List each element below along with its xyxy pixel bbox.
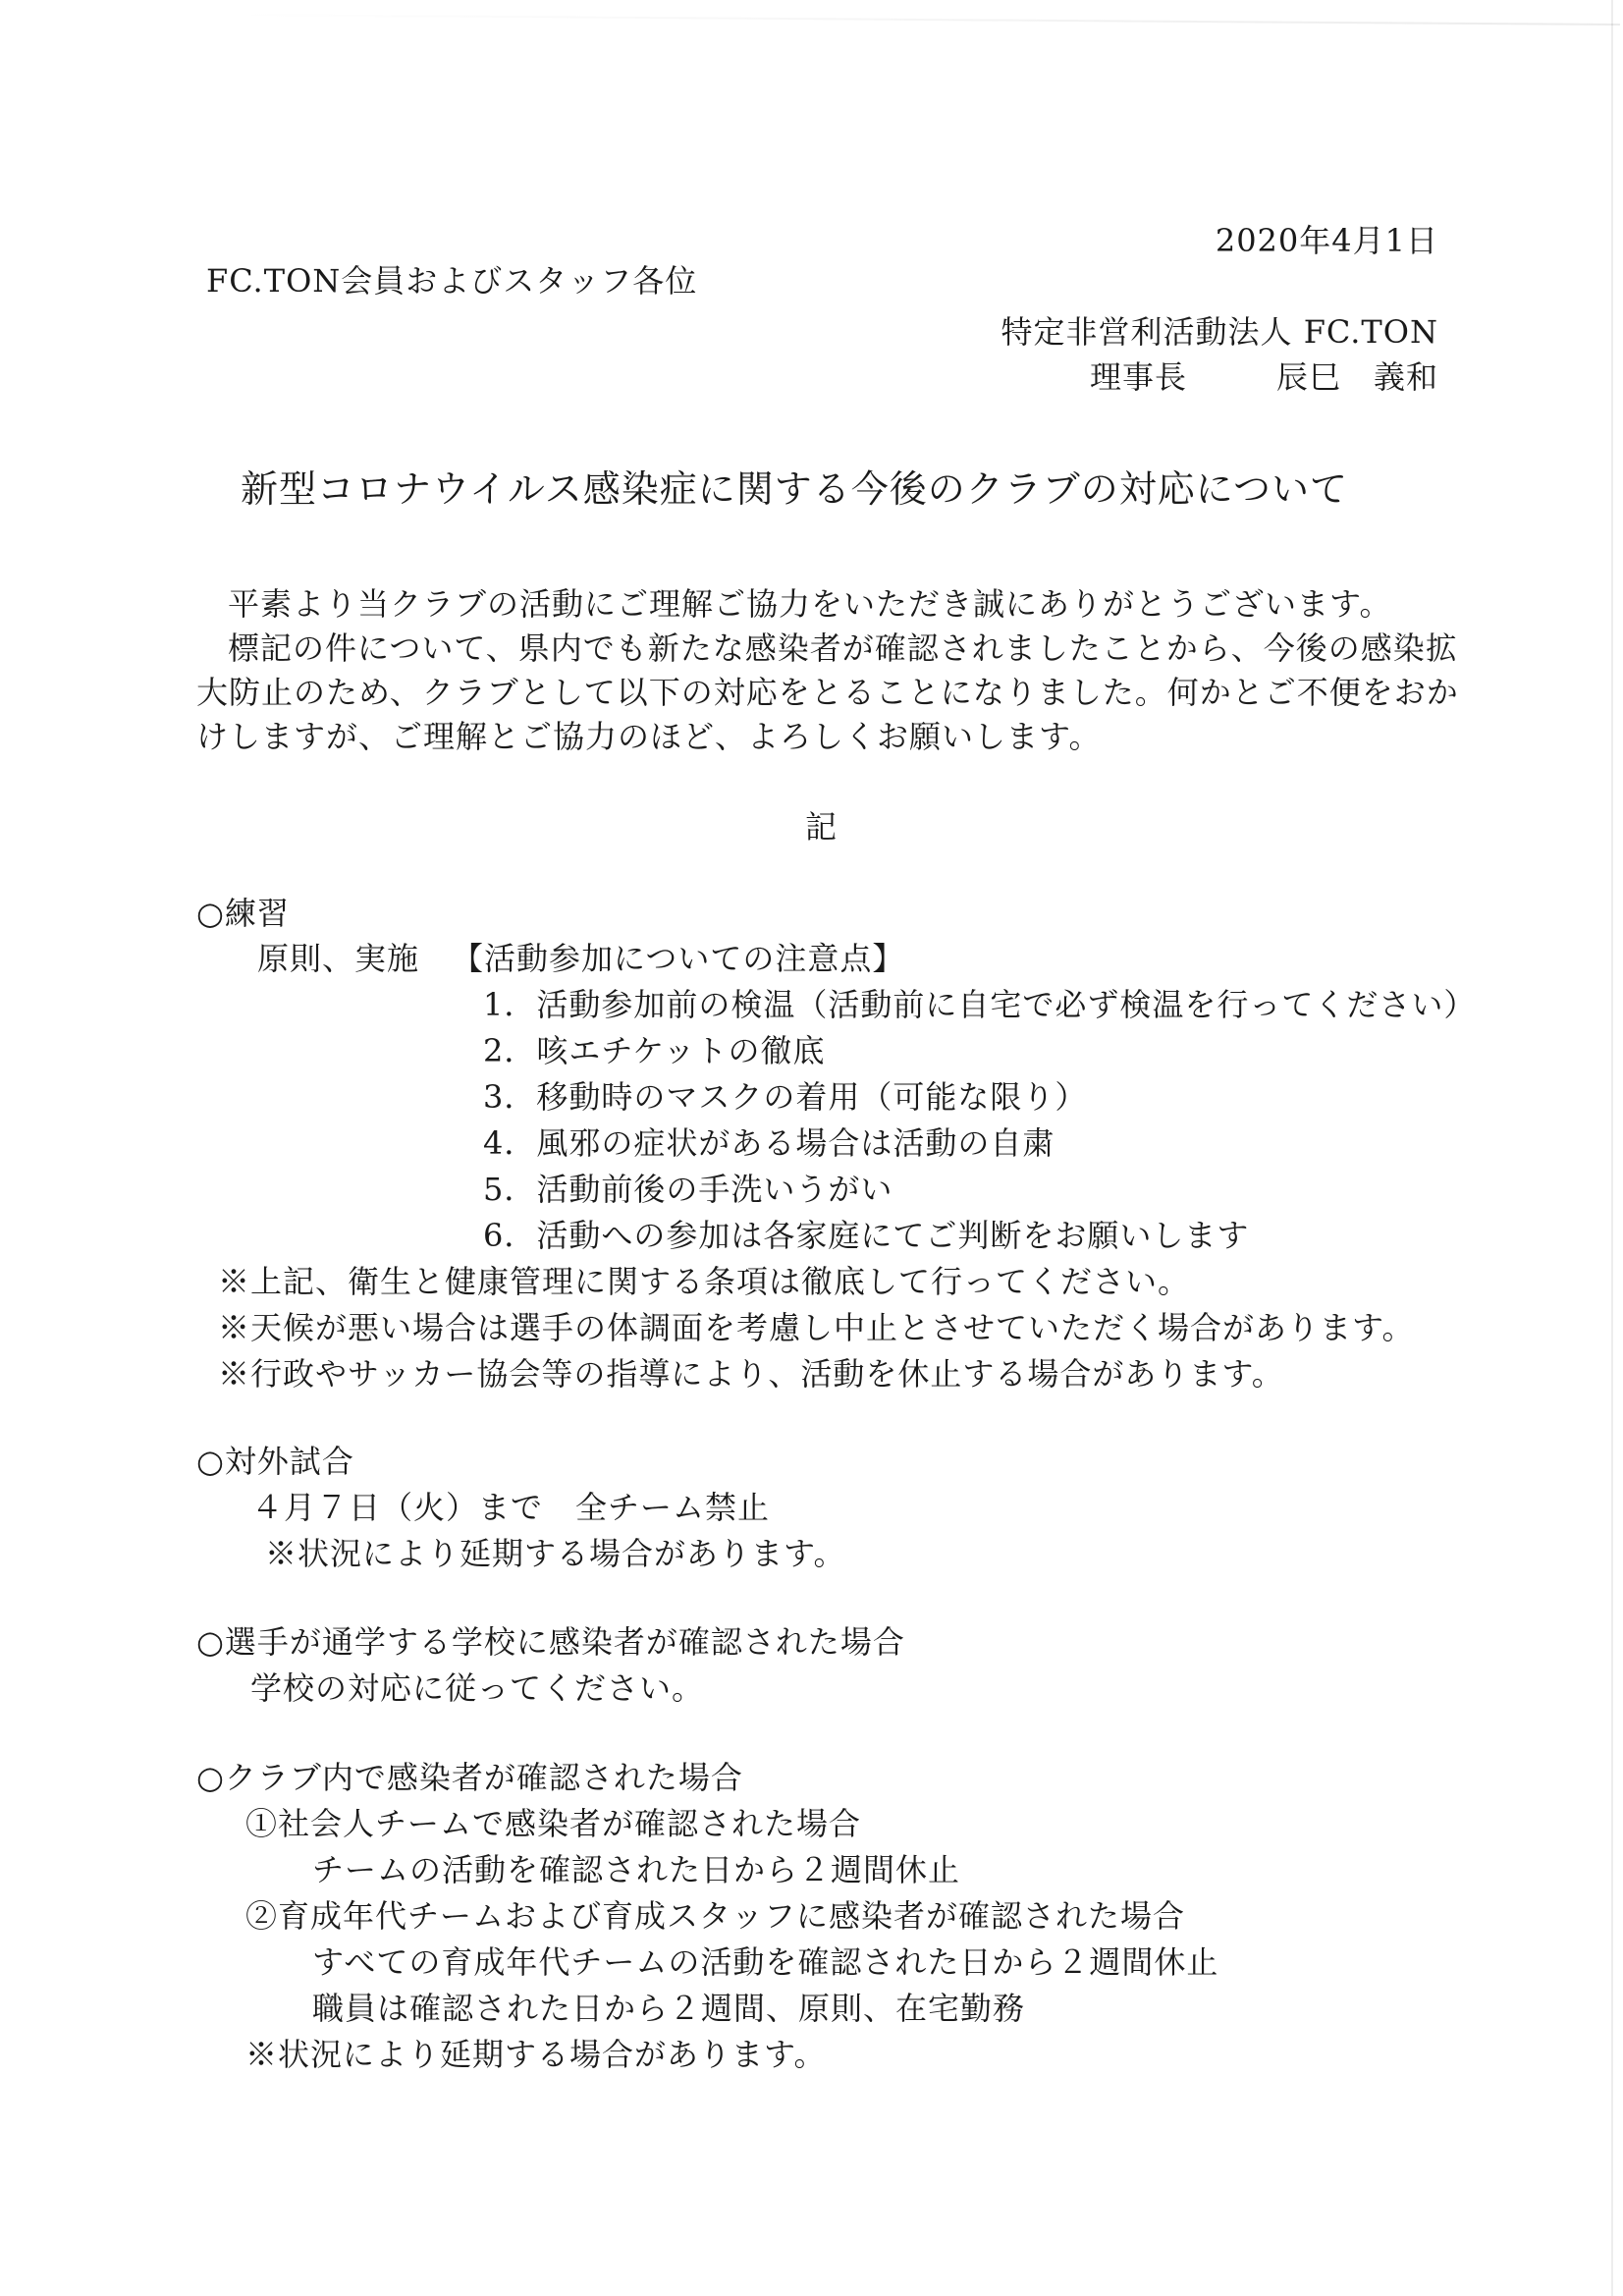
organization-name: 特定非営利活動法人 FC.TON [1001,312,1438,352]
practice-note-item: 5．活動前後の手洗いうがい [483,1170,893,1209]
practice-remark: ※天候が悪い場合は選手の体調面を考慮し中止とさせていただく場合があります。 [218,1308,1414,1347]
section-heading-external-matches: ○対外試合 [196,1442,354,1481]
ki-marker: 記 [805,807,838,847]
intro-line: 標記の件について、県内でも新たな感染者が確認されましたことから、今後の感染拡 [228,629,1458,668]
section-heading-practice: ○練習 [196,894,290,933]
scan-edge-artifact [216,14,1620,26]
club-case-2-heading: ②育成年代チームおよび育成スタッフに感染者が確認された場合 [245,1896,1185,1936]
signatory-name: 辰巳 義和 [1276,357,1438,397]
addressee: FC.TON会員およびスタッフ各位 [206,261,697,301]
scan-edge-artifact [1611,0,1613,2296]
document-page: 2020年4月1日 FC.TON会員およびスタッフ各位 特定非営利活動法人 FC… [0,0,1623,2296]
practice-policy: 原則、実施 [257,939,419,978]
intro-line: けしますが、ご理解とご協力のほど、よろしくお願いします。 [196,717,1101,756]
club-case-1-heading: ①社会人チームで感染者が確認された場合 [245,1804,861,1843]
club-case-2-rule: 職員は確認された日から２週間、原則、在宅勤務 [312,1989,1025,2028]
practice-note-item: 3．移動時のマスクの着用（可能な限り） [483,1077,1087,1117]
intro-line: 大防止のため、クラブとして以下の対応をとることになりました。何かとご不便をおか [196,673,1459,712]
document-title: 新型コロナウイルス感染症に関する今後のクラブの対応について [241,465,1348,513]
practice-remark: ※上記、衛生と健康管理に関する条項は徹底して行ってください。 [218,1262,1190,1301]
document-date: 2020年4月1日 [1216,221,1438,260]
practice-note-item: 1．活動参加前の検温（活動前に自宅で必ず検温を行ってください） [483,985,1476,1024]
club-case-remark: ※状況により延期する場合があります。 [245,2035,826,2074]
external-matches-rule: ４月７日（火）まで 全チーム禁止 [251,1488,770,1527]
practice-note-item: 2．咳エチケットの徹底 [483,1031,825,1070]
section-heading-club-case: ○クラブ内で感染者が確認された場合 [196,1758,743,1797]
school-case-rule: 学校の対応に従ってください。 [250,1668,704,1708]
practice-remark: ※行政やサッカー協会等の指導により、活動を休止する場合があります。 [218,1354,1284,1394]
practice-note-item: 4．風邪の症状がある場合は活動の自粛 [483,1123,1055,1163]
external-matches-remark: ※状況により延期する場合があります。 [265,1534,845,1573]
practice-note-item: 6．活動への参加は各家庭にてご判断をお願いします [483,1216,1249,1255]
club-case-2-rule: すべての育成年代チームの活動を確認された日から２週間休止 [312,1942,1218,1982]
intro-line: 平素より当クラブの活動にご理解ご協力をいただき誠にありがとうございます。 [228,584,1391,624]
practice-notes-heading: 【活動参加についての注意点】 [452,939,904,978]
signatory-title: 理事長 [1090,357,1187,397]
section-heading-school-case: ○選手が通学する学校に感染者が確認された場合 [196,1622,905,1662]
club-case-1-rule: チームの活動を確認された日から２週間休止 [312,1850,960,1889]
